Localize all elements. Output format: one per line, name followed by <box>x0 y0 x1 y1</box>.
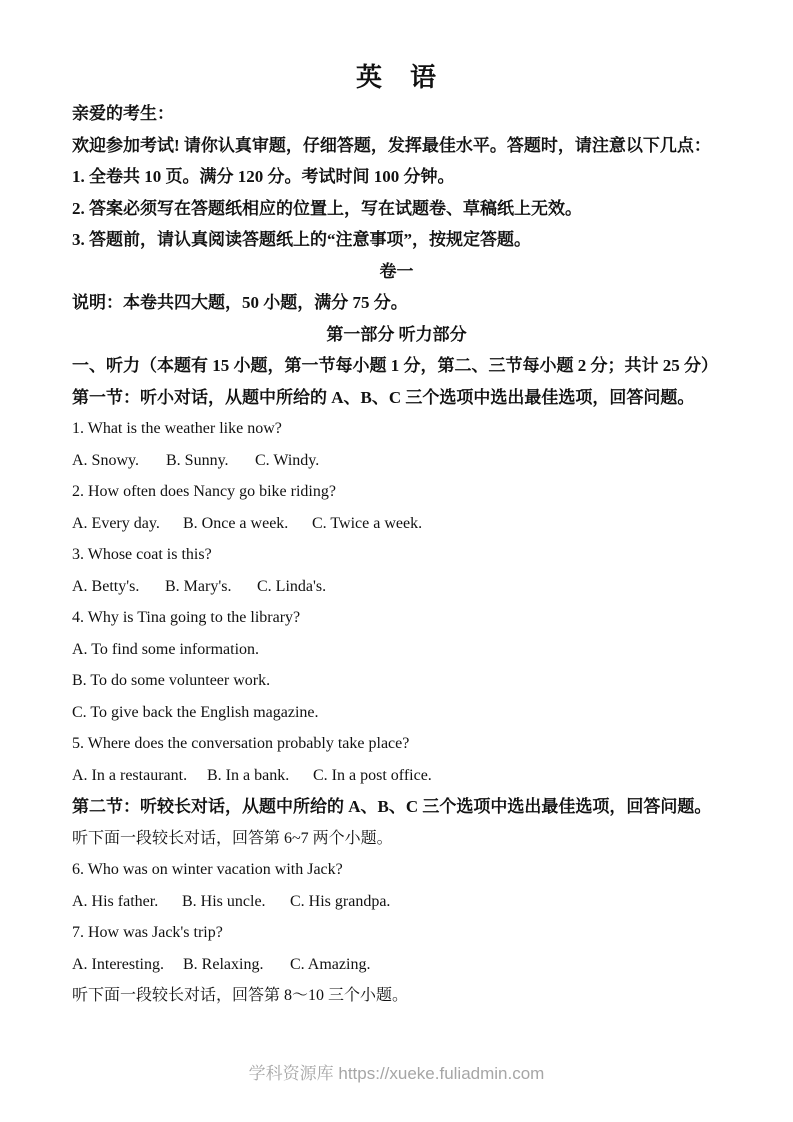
option-b: B. In a bank. <box>207 760 313 792</box>
question-6-options: A. His father.B. His uncle.C. His grandp… <box>72 886 721 918</box>
question-1-options: A. Snowy.B. Sunny.C. Windy. <box>72 445 721 477</box>
welcome-note: 欢迎参加考试! 请你认真审题，仔细答题，发挥最佳水平。答题时，请注意以下几点： <box>72 130 721 162</box>
option-c: C. Twice a week. <box>312 508 422 540</box>
section2-heading: 第二节：听较长对话，从题中所给的 A、B、C 三个选项中选出最佳选项，回答问题。 <box>72 791 721 823</box>
dialog2-note: 听下面一段较长对话，回答第 8～10 三个小题。 <box>72 980 721 1012</box>
exam-page: 英 语 亲爱的考生： 欢迎参加考试! 请你认真审题，仔细答题，发挥最佳水平。答题… <box>0 0 793 1122</box>
option-a: A. Every day. <box>72 508 183 540</box>
option-a: A. Snowy. <box>72 445 166 477</box>
greeting: 亲爱的考生： <box>72 98 721 130</box>
question-1-text: 1. What is the weather like now? <box>72 413 721 445</box>
watermark: 学科资源库 https://xueke.fuliadmin.com <box>0 1058 793 1090</box>
instruction-2: 2. 答案必须写在答题纸相应的位置上，写在试题卷、草稿纸上无效。 <box>72 193 721 225</box>
option-a: A. Interesting. <box>72 949 183 981</box>
option-c: C. His grandpa. <box>290 886 390 918</box>
question-4-option-a: A. To find some information. <box>72 634 721 666</box>
option-a: A. In a restaurant. <box>72 760 207 792</box>
option-a: A. His father. <box>72 886 182 918</box>
volume-title: 卷一 <box>72 256 721 288</box>
option-a: A. Betty's. <box>72 571 165 603</box>
question-6-text: 6. Who was on winter vacation with Jack? <box>72 854 721 886</box>
question-7-options: A. Interesting.B. Relaxing.C. Amazing. <box>72 949 721 981</box>
exam-content: 英 语 亲爱的考生： 欢迎参加考试! 请你认真审题，仔细答题，发挥最佳水平。答题… <box>0 0 793 1012</box>
option-c: C. In a post office. <box>313 760 432 792</box>
question-3-options: A. Betty's.B. Mary's.C. Linda's. <box>72 571 721 603</box>
listening-heading: 一、听力（本题有 15 小题，第一节每小题 1 分，第二、三节每小题 2 分；共… <box>72 350 721 382</box>
instruction-3: 3. 答题前，请认真阅读答题纸上的“注意事项”，按规定答题。 <box>72 224 721 256</box>
option-b: B. Mary's. <box>165 571 257 603</box>
option-b: B. Once a week. <box>183 508 312 540</box>
question-4-option-c: C. To give back the English magazine. <box>72 697 721 729</box>
question-7-text: 7. How was Jack's trip? <box>72 917 721 949</box>
volume-note: 说明：本卷共四大题，50 小题，满分 75 分。 <box>72 287 721 319</box>
question-3-text: 3. Whose coat is this? <box>72 539 721 571</box>
option-c: C. Amazing. <box>290 949 370 981</box>
section1-heading: 第一节：听小对话，从题中所给的 A、B、C 三个选项中选出最佳选项，回答问题。 <box>72 382 721 414</box>
option-b: B. Relaxing. <box>183 949 290 981</box>
option-b: B. Sunny. <box>166 445 255 477</box>
instruction-1: 1. 全卷共 10 页。满分 120 分。考试时间 100 分钟。 <box>72 161 721 193</box>
option-c: C. Windy. <box>255 445 319 477</box>
part-title: 第一部分 听力部分 <box>72 319 721 351</box>
exam-title: 英 语 <box>72 58 721 98</box>
question-2-text: 2. How often does Nancy go bike riding? <box>72 476 721 508</box>
question-4-text: 4. Why is Tina going to the library? <box>72 602 721 634</box>
dialog1-note: 听下面一段较长对话，回答第 6~7 两个小题。 <box>72 823 721 855</box>
question-5-options: A. In a restaurant.B. In a bank.C. In a … <box>72 760 721 792</box>
question-2-options: A. Every day.B. Once a week.C. Twice a w… <box>72 508 721 540</box>
option-c: C. Linda's. <box>257 571 326 603</box>
question-4-option-b: B. To do some volunteer work. <box>72 665 721 697</box>
option-b: B. His uncle. <box>182 886 290 918</box>
question-5-text: 5. Where does the conversation probably … <box>72 728 721 760</box>
